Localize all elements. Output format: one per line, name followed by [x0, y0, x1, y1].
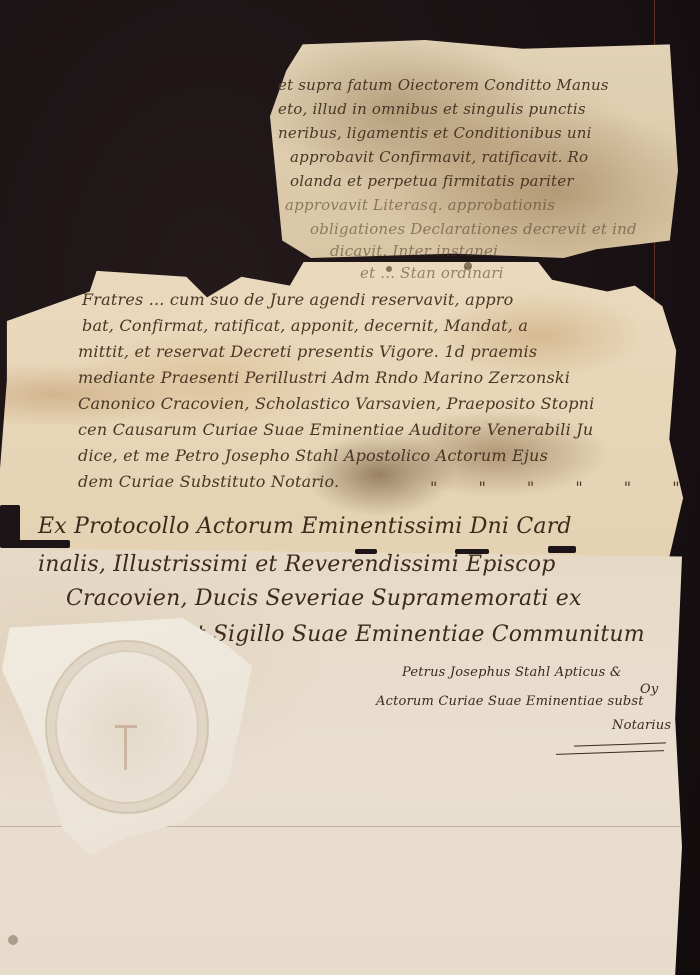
top-line-6: approvavit Literasq. approbationis [285, 196, 555, 214]
middle-line-3: mittit, et reservat Decreti presentis Vi… [78, 342, 537, 361]
middle-line-7: dice, et me Petro Josepho Stahl Apostoli… [78, 446, 548, 465]
top-line-1: et supra fatum Oiectorem Conditto Manus [278, 76, 609, 94]
protocol-line-2: inalis, Illustrissimi et Reverendissimi … [38, 552, 556, 577]
top-line-2: eto, illud in omnibus et singulis puncti… [278, 100, 586, 118]
top-line-3: neribus, ligamentis et Conditionibus uni [278, 124, 592, 142]
signature-line-1: Petrus Josephus Stahl Apticus & [402, 665, 622, 680]
top-line-8: dicavit. Inter instanei [330, 242, 498, 260]
middle-line-1: Fratres ... cum suo de Jure agendi reser… [82, 290, 513, 309]
tear-gap [0, 505, 20, 545]
middle-header-line: et ... Stan ordinari [360, 264, 504, 282]
signature-line-3: Notarius [612, 718, 671, 733]
middle-line-8: dem Curiae Substituto Notario. [78, 472, 339, 491]
middle-line-4: mediante Praesenti Perillustri Adm Rndo … [78, 368, 570, 387]
signature-line-2: Actorum Curiae Suae Eminentiae subst [376, 694, 644, 709]
paper-blemish [8, 935, 18, 945]
middle-line-6: cen Causarum Curiae Suae Eminentiae Audi… [78, 420, 593, 439]
seal-cross-emblem-icon [115, 725, 137, 773]
top-line-5: olanda et perpetua firmitatis pariter [290, 172, 574, 190]
middle-line-5: Canonico Cracovien, Scholastico Varsavie… [78, 394, 594, 413]
middle-line-2: bat, Confirmat, ratificat, apponit, dece… [82, 316, 528, 335]
protocol-line-1: Ex Protocollo Actorum Eminentissimi Dni … [38, 514, 572, 539]
filler-marks: " " " " " " " [430, 478, 700, 497]
top-line-4: approbavit Confirmavit, ratificavit. Ro [290, 148, 588, 166]
top-line-7: obligationes Declarationes decrevit et i… [310, 220, 637, 238]
protocol-line-3: Cracovien, Ducis Severiae Supramemorati … [66, 586, 582, 611]
